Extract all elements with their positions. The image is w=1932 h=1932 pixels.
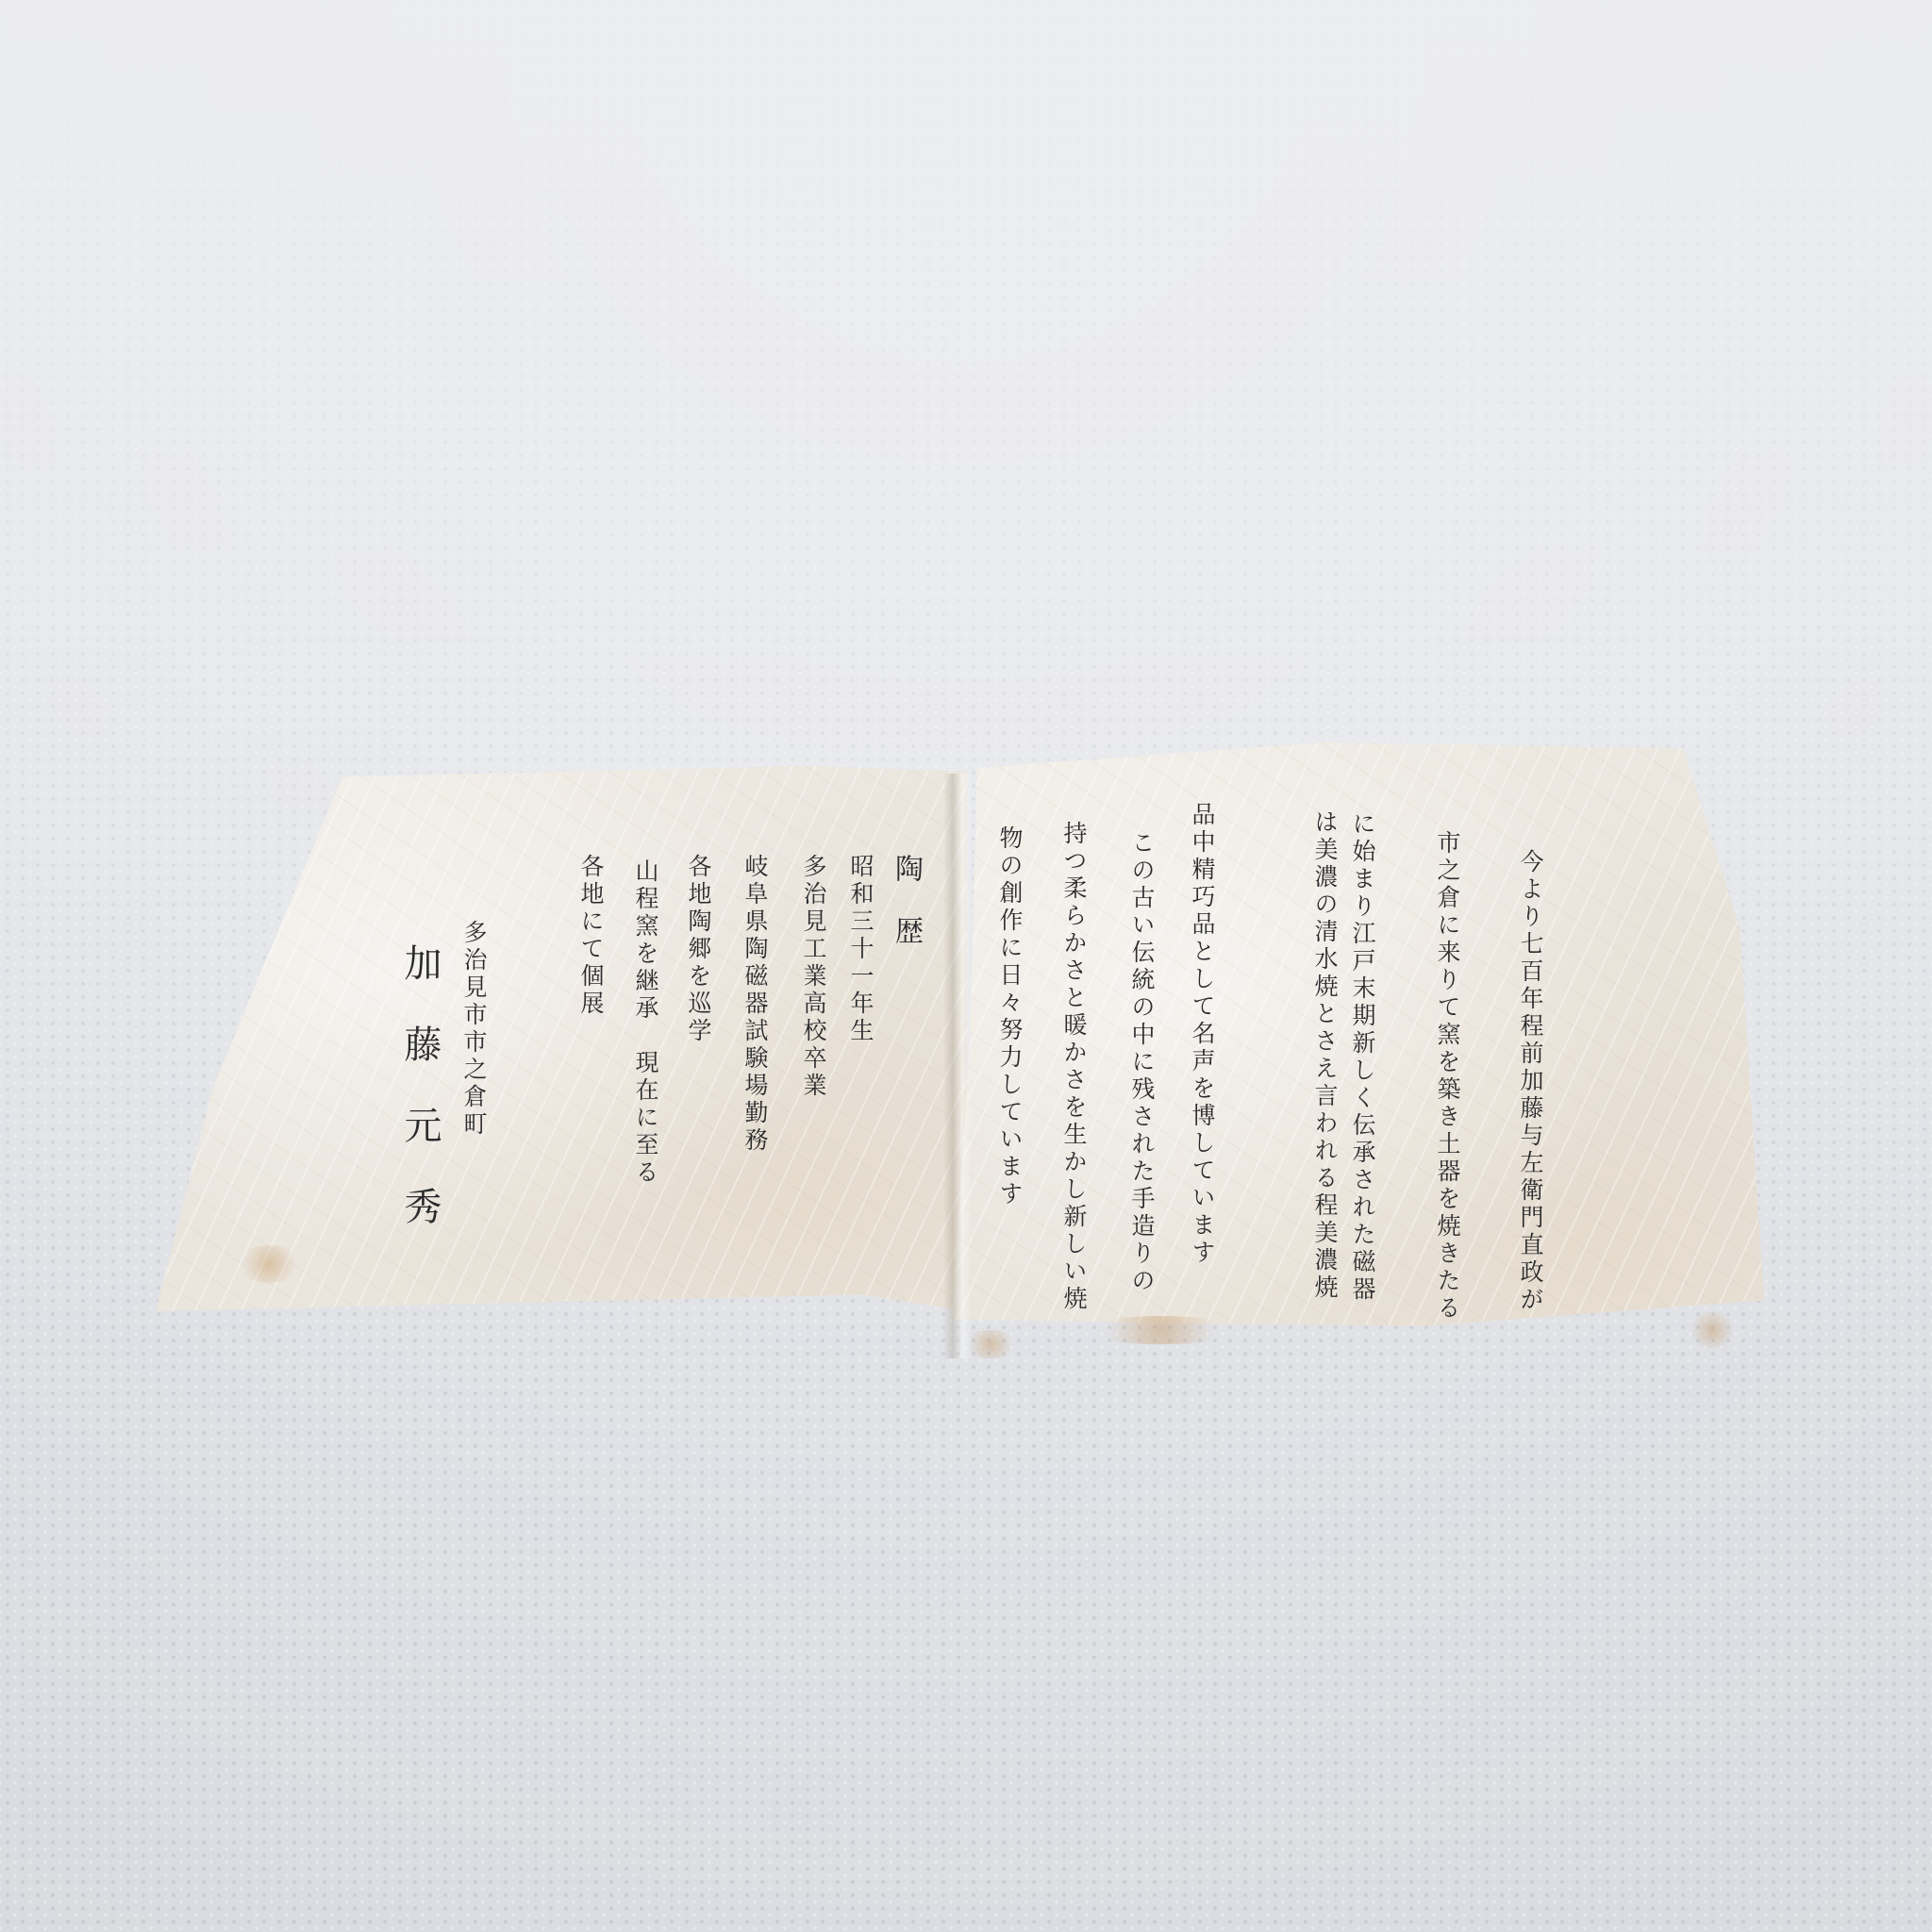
text-column: 昭和三十一年生 — [849, 854, 873, 1045]
paper-stain — [962, 1330, 1019, 1358]
address: 多治見市市之倉町 — [462, 920, 486, 1139]
text-column: 市之倉に来りて窯を築き土器を焼きたる — [1436, 830, 1459, 1323]
paper-stain — [1689, 1311, 1736, 1349]
text-column: 岐阜県陶磁器試験場勤務 — [743, 854, 767, 1155]
text-column: 多治見工業高校卒業 — [802, 854, 825, 1100]
left-page — [156, 755, 967, 1311]
text-column: に始まり江戸末期新しく伝承された磁器 — [1351, 811, 1374, 1304]
text-column: 物の創作に日々努力しています — [998, 825, 1022, 1208]
text-column: は美濃の清水焼とさえ言われる程美濃焼 — [1313, 809, 1337, 1302]
leaflet: 今より七百年程前加藤与左衛門直政が 市之倉に来りて窯を築き土器を焼きたる に始ま… — [0, 0, 1932, 1932]
text-column: 品中精巧品として名声を博しています — [1191, 802, 1214, 1267]
paper-stain — [236, 1245, 302, 1283]
artist-name: 加藤元秀 — [401, 943, 439, 1268]
center-fold — [943, 774, 972, 1358]
text-column: この古い伝統の中に残された手造りの — [1130, 830, 1154, 1295]
text-column: 各地にて個展 — [579, 854, 603, 1018]
text-column: 各地陶郷を巡学 — [687, 854, 710, 1045]
text-column: 今より七百年程前加藤与左衛門直政が — [1519, 849, 1542, 1314]
text-column: 持つ柔らかさと暖かさを生かし新しい焼 — [1062, 821, 1086, 1313]
paper-stain — [1085, 1316, 1236, 1344]
section-title: 陶歴 — [891, 854, 920, 978]
text-column: 山程窯を継承 現在に至る — [634, 858, 658, 1187]
